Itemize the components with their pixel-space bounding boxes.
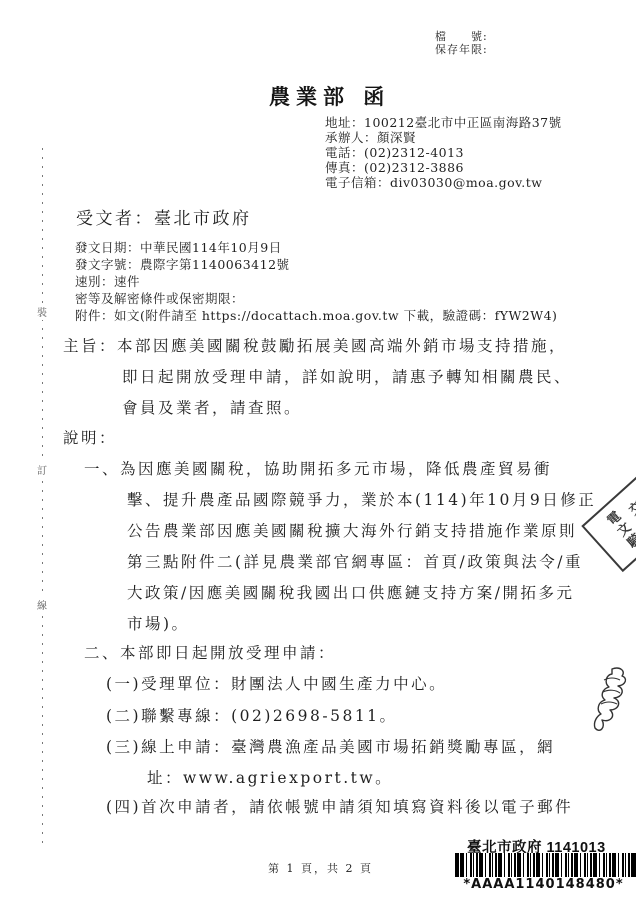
- sub-item-line: (三)線上申請：臺灣農漁產品美國市場拓銷獎勵專區，網: [106, 735, 555, 757]
- subject-line: 主旨：本部因應美國關稅鼓勵拓展美國高端外銷市場支持措施，: [63, 334, 567, 356]
- meta-priority: 速別：速件: [75, 273, 140, 290]
- sub-item-line: (二)聯繫專線：(02)2698-5811。: [106, 704, 398, 726]
- retention-period-label: 保存年限:: [435, 43, 488, 56]
- barcode: [455, 853, 636, 877]
- meta-doc-number: 發文字號：農際字第1140063412號: [75, 256, 290, 273]
- barcode-code: *AAAA1140148480*: [453, 877, 634, 892]
- sender-address: 地址：100212臺北市中正區南海路37號: [325, 115, 562, 130]
- binding-mark: 線: [37, 596, 47, 613]
- subject-line: 會員及業者，請查照。: [122, 396, 302, 418]
- item-line: 公告農業部因應美國關稅擴大海外行銷支持措施作業原則: [127, 519, 577, 541]
- sender-phone: 電話：(02)2312-4013: [325, 145, 464, 160]
- sender-fax: 傳真：(02)2312-3886: [325, 160, 464, 175]
- item-line: 市場)。: [127, 612, 190, 634]
- sender-email: 電子信箱：div03030@moa.gov.tw: [325, 175, 542, 190]
- page-footer: 第 1 頁，共 2 頁: [268, 860, 373, 876]
- item-line: 大政策/因應美國關稅我國出口供應鏈支持方案/開拓多元: [127, 581, 574, 603]
- binding-mark: 訂: [37, 461, 47, 478]
- sender-contact-person: 承辦人：顏深賢: [325, 130, 416, 145]
- meta-attachment: 附件：如文(附件請至 https://docattach.moa.gov.tw …: [75, 307, 557, 324]
- item-line: 二、本部即日起開放受理申請：: [84, 641, 336, 663]
- official-letter-page: 檔 號: 保存年限: 農業部 函 地址：100212臺北市中正區南海路37號 承…: [0, 0, 636, 900]
- item-line: 一、為因應美國關稅，協助開拓多元市場，降低農產貿易衝: [84, 457, 552, 479]
- scribble-stamp-icon: [592, 666, 630, 744]
- recipient-line: 受文者：臺北市政府: [76, 204, 252, 229]
- sub-item-line: (四)首次申請者，請依帳號申請須知填寫資料後以電子郵件: [106, 795, 573, 817]
- sub-item-line: 址：www.agriexport.tw。: [147, 766, 393, 788]
- sub-item-line: (一)受理單位：財團法人中國生產力中心。: [106, 672, 447, 694]
- binding-dotted-line: [42, 148, 43, 848]
- doc-title: 農業部 函: [269, 81, 390, 111]
- file-number-label: 檔 號:: [435, 30, 488, 43]
- explanation-label: 說明：: [63, 426, 117, 448]
- item-line: 擊、提升農產品國際競爭力，業於本(114)年10月9日修正: [127, 488, 596, 510]
- item-line: 第三點附件二(詳見農業部官網專區：首頁/政策與法令/重: [127, 550, 583, 572]
- binding-mark: 裝: [37, 303, 47, 320]
- meta-issue-date: 發文日期：中華民國114年10月9日: [75, 239, 282, 256]
- meta-classification: 密等及解密條件或保密期限：: [75, 290, 244, 307]
- subject-line: 即日起開放受理申請，詳如說明，請惠予轉知相關農民、: [122, 365, 572, 387]
